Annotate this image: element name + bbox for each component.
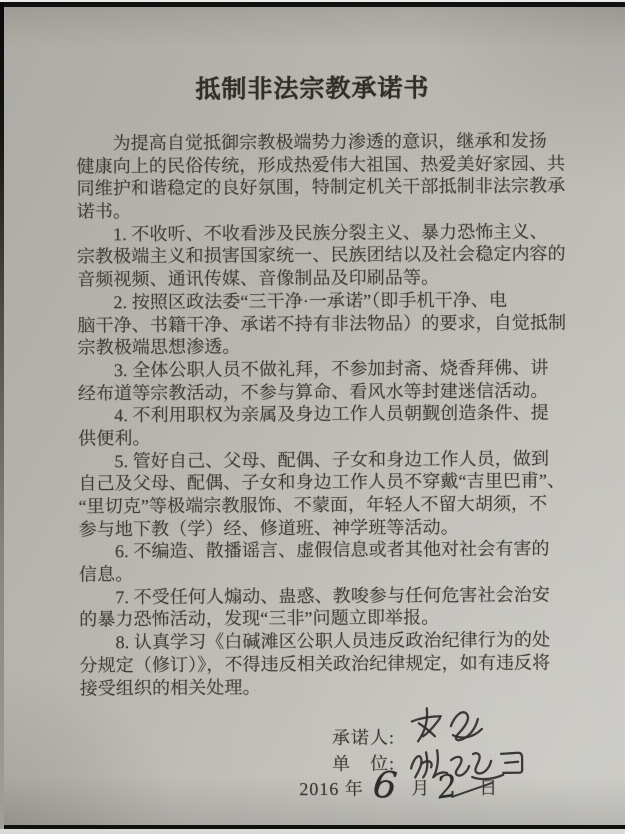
body-text-line: 分规定（修订）》，不得违反相关政治纪律规定，如有违反将 — [79, 651, 579, 677]
body-text-line: 4. 不利用职权为亲属及身边工作人员朝觐创造条件、提 — [78, 402, 578, 428]
body-text-line: 参与地下教（学）经、修道班、神学班等活动。 — [79, 515, 579, 541]
body-text-line: 信息。 — [79, 560, 579, 586]
body-text-line: 健康向上的民俗传统，形成热爱伟大祖国、热爱美好家园、共 — [76, 152, 576, 178]
photo-top-margin — [0, 0, 625, 2]
signer-label: 承诺人: — [332, 724, 395, 750]
handwritten-month-digit: 6 — [371, 762, 399, 807]
photo-bottom-margin — [0, 829, 625, 834]
body-text-line: 供便利。 — [78, 424, 578, 450]
body-text-line: 6. 不编造、散播谣言、虚假信息或者其他对社会有害的 — [79, 538, 579, 564]
body-text-line: 宗教极端思想渗透。 — [78, 334, 578, 360]
body-text-line: 为提高自觉抵御宗教极端势力渗透的意识，继承和发扬 — [76, 129, 576, 155]
body-text-line: 2. 按照区政法委“三干净·一承诺”（即手机干净、电 — [77, 288, 577, 314]
body-text-line: 3. 全体公职人员不做礼拜，不参加封斋、烧香拜佛、讲 — [78, 356, 578, 382]
body-text-line: 音频视频、通讯传媒、音像制品及印刷品等。 — [77, 266, 577, 292]
body-text-line: 诺书。 — [77, 197, 577, 223]
body-text-line: 8. 认真学习《白碱滩区公职人员违反政治纪律行为的处 — [79, 629, 579, 655]
body-text-line: 接受组织的相关处理。 — [80, 674, 580, 700]
body-text-line: 7. 不受任何人煽动、蛊惑、教唆参与任何危害社会治安 — [79, 583, 579, 609]
body-text-line: 自己及父母、配偶、子女和身边工作人员不穿戴“吉里巴甫”、 — [78, 470, 578, 496]
body-text-line: “里切克”等极端宗教服饰、不蒙面，年轻人不留大胡须，不 — [78, 492, 578, 518]
photo-of-document: 抵制非法宗教承诺书 为提高自觉抵御宗教极端势力渗透的意识，继承和发扬健康向上的民… — [0, 0, 625, 834]
body-text-line: 的暴力恐怖活动，发现“三非”问题立即举报。 — [79, 606, 579, 632]
body-text-line: 宗教极端主义和损害国家统一、民族团结以及社会稳定内容的 — [77, 243, 577, 269]
body-text-line: 5. 管好自己、父母、配偶、子女和身边工作人员，做到 — [78, 447, 578, 473]
photo-left-edge-shadow — [0, 2, 4, 829]
year-text: 2016 年 — [299, 775, 364, 801]
body-text: 为提高自觉抵御宗教极端势力渗透的意识，继承和发扬健康向上的民俗传统，形成热爱伟大… — [76, 129, 579, 699]
body-text-line: 1. 不收听、不收看涉及民族分裂主义、暴力恐怖主义、 — [77, 220, 577, 246]
document-content: 抵制非法宗教承诺书 为提高自觉抵御宗教极端势力渗透的意识，继承和发扬健康向上的民… — [2, 5, 625, 827]
paper-document: 抵制非法宗教承诺书 为提高自觉抵御宗教极端势力渗透的意识，继承和发扬健康向上的民… — [4, 7, 625, 825]
body-text-line: 同维护和谐稳定的良好氛围，特制定机关干部抵制非法宗教承 — [77, 175, 577, 201]
day-text: 日 — [479, 774, 497, 800]
body-text-line: 脑干净、书籍干净、承诺不持有非法物品）的要求，自觉抵制 — [77, 311, 577, 337]
document-title: 抵制非法宗教承诺书 — [2, 67, 623, 107]
month-text: 月 — [411, 774, 429, 800]
body-text-line: 经布道等宗教活动，不参与算命、看风水等封建迷信活动。 — [78, 379, 578, 405]
